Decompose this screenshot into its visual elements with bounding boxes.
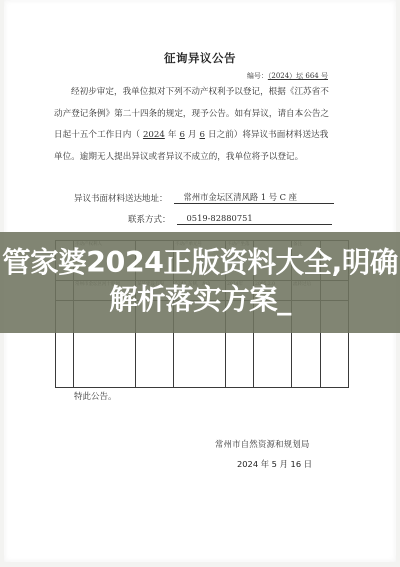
deadline-month: 6 [176, 130, 187, 140]
issuing-authority: 常州市自然资源和规划局 [215, 438, 310, 450]
contact-label: 联系方式： [128, 213, 171, 225]
deadline-day: 6 [197, 130, 208, 140]
headline-text: 管家婆2024正版资料大全,明确解析落实方案_ [0, 244, 400, 318]
document-number-label: 编号： [247, 72, 268, 80]
address-field: 异议书面材料送达地址： 常州市金坛区清风路 1 号 C 座 [74, 191, 334, 204]
document-title: 征询异议公告 [0, 50, 400, 66]
notice-body: 经初步审定，我单位拟对下列不动产权利予以登记，根据《江苏省不动产登记条例》第二十… [54, 82, 334, 168]
deadline-year: 2024 [140, 130, 168, 140]
address-label: 异议书面材料送达地址： [74, 192, 168, 204]
issue-date: 2024 年 5 月 16 日 [237, 458, 312, 470]
contact-value: 0519-82880751 [177, 212, 332, 225]
address-value: 常州市金坛区清风路 1 号 C 座 [174, 191, 334, 204]
contact-field: 联系方式： 0519-82880751 [128, 212, 332, 225]
closing-statement: 特此公告。 [74, 390, 117, 402]
deadline-month-unit: 月 [188, 130, 197, 140]
document-number: 编号：（2024）坛 664 号 [247, 71, 328, 81]
document-number-value: （2024）坛 664 号 [268, 72, 328, 80]
